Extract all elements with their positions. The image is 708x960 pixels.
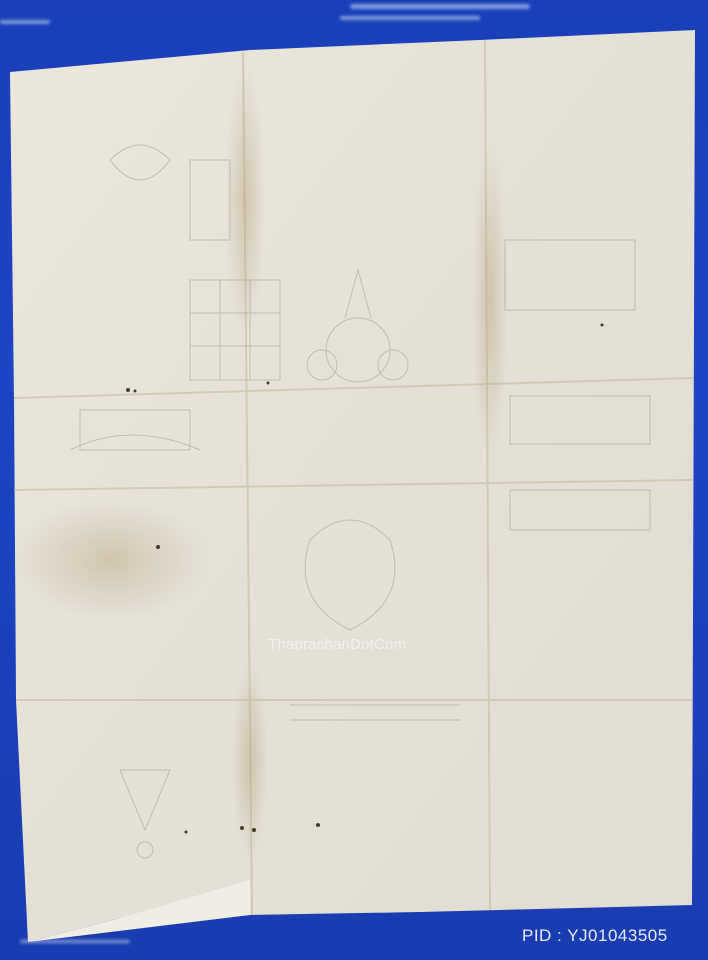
product-id-label: PID : YJ01043505 <box>522 926 668 946</box>
yantra-cloth <box>0 0 708 960</box>
watermark-text: ThaprachanDotCom <box>268 636 406 653</box>
